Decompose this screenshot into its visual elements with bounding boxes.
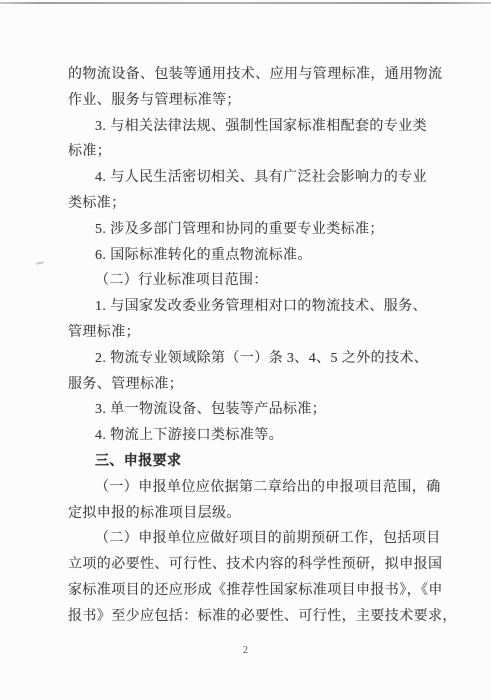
- text-line: 管理标准；: [68, 320, 440, 346]
- text-line: 3. 与相关法律法规、强制性国家标准相配套的专业类: [68, 114, 440, 140]
- text-line: 服务、管理标准；: [68, 372, 440, 398]
- text-line: 家标准项目的还应形成《推荐性国家标准项目申报书》，《申: [68, 578, 440, 604]
- document-page: 的物流设备、包装等通用技术、应用与管理标准，通用物流作业、服务与管理标准等；3.…: [0, 0, 491, 700]
- text-line: 报书》至少应包括：标准的必要性、可行性，主要技术要求，: [68, 604, 440, 630]
- scan-edge-artifact: [0, 2, 491, 4]
- text-line: 标准；: [68, 139, 440, 165]
- text-line: 定拟申报的标准项目层级。: [68, 501, 440, 527]
- text-line: 立项的必要性、可行性、技术内容的科学性预研，拟申报国: [68, 552, 440, 578]
- text-line: 5. 涉及多部门管理和协同的重要专业类标准；: [68, 217, 440, 243]
- text-line: 作业、服务与管理标准等；: [68, 88, 440, 114]
- text-line: 的物流设备、包装等通用技术、应用与管理标准，通用物流: [68, 62, 440, 88]
- text-line: （一）申报单位应依据第二章给出的申报项目范围，确: [68, 475, 440, 501]
- page-number: 2: [0, 645, 491, 656]
- text-line: 4. 与人民生活密切相关、具有广泛社会影响力的专业: [68, 165, 440, 191]
- page-body: 的物流设备、包装等通用技术、应用与管理标准，通用物流作业、服务与管理标准等；3.…: [68, 62, 440, 630]
- section-heading: 三、申报要求: [68, 449, 440, 475]
- text-line: （二）申报单位应做好项目的前期预研工作，包括项目: [68, 526, 440, 552]
- text-line: 类标准；: [68, 191, 440, 217]
- text-line: 6. 国际标准转化的重点物流标准。: [68, 243, 440, 269]
- text-line: 2. 物流专业领域除第（一）条 3、4、5 之外的技术、: [68, 346, 440, 372]
- text-line: 4. 物流上下游接口类标准等。: [68, 423, 440, 449]
- smudge-artifact: [36, 261, 44, 264]
- text-line: 1. 与国家发改委业务管理相对口的物流技术、服务、: [68, 294, 440, 320]
- text-line: （二）行业标准项目范围：: [68, 268, 440, 294]
- text-line: 3. 单一物流设备、包装等产品标准；: [68, 397, 440, 423]
